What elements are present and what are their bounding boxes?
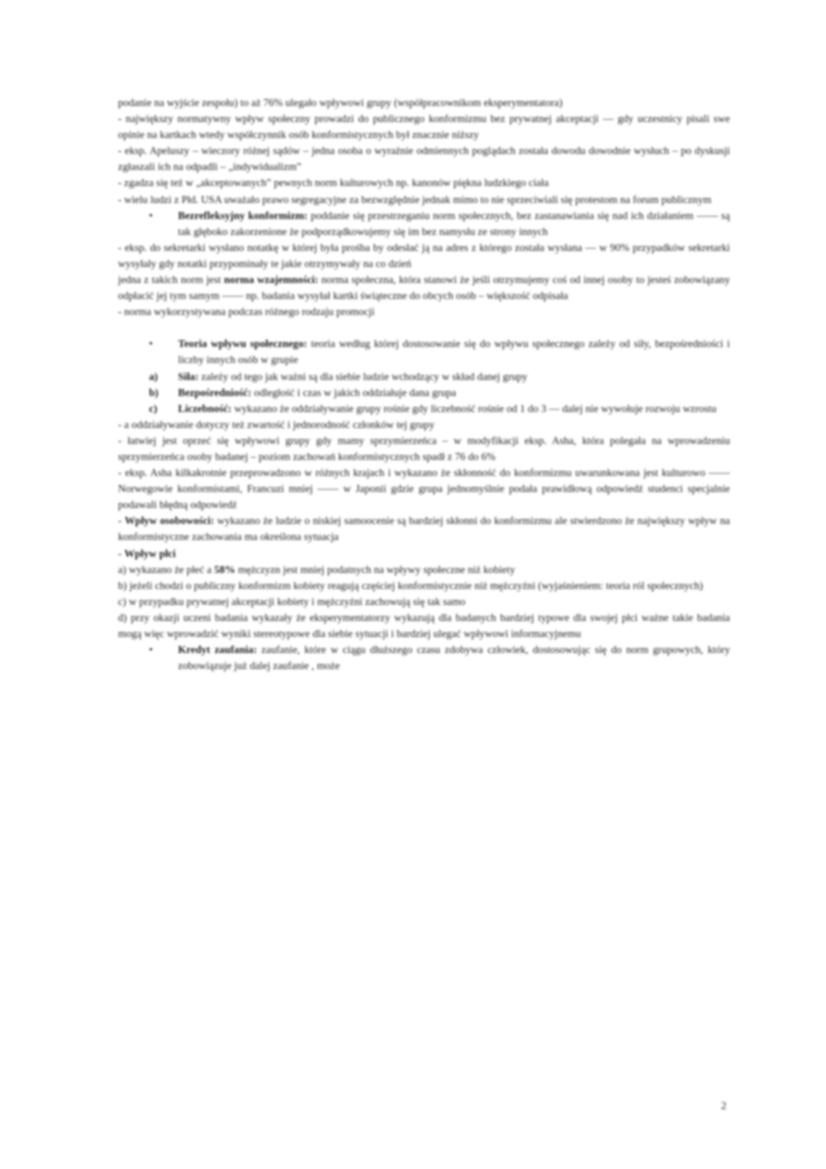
- paragraph: - a oddziaływanie dotyczy też zwartość i…: [118, 418, 730, 434]
- spacer: [118, 321, 730, 337]
- lettered-item: b)Bezpośredniość: odległość i czas w jak…: [118, 386, 730, 402]
- paragraph: - zgadza się też w „akceptowanych” pewny…: [118, 176, 730, 192]
- paragraph: d) przy okazji uczeni badania wykazały ż…: [118, 611, 730, 643]
- paragraph: c) w przypadku prywatnej akceptacji kobi…: [118, 595, 730, 611]
- bullet-item: •Kredyt zaufania: zaufanie, które w ciąg…: [118, 643, 730, 675]
- paragraph: - największy normatywny wpływ społeczny …: [118, 112, 730, 144]
- bullet-icon: •: [149, 337, 153, 353]
- paragraph: - Wpływ płci: [118, 547, 730, 563]
- list-marker: a): [149, 370, 158, 386]
- paragraph: - norma wykorzystywana podczas różnego r…: [118, 305, 730, 321]
- paragraph: - Wpływ osobowości: wykazano że ludzie o…: [118, 514, 730, 546]
- term-bold: 58%: [214, 565, 235, 576]
- term-bold: Wpływ płci: [124, 549, 176, 560]
- paragraph: - eksp. Asha kilkakrotnie przeprowadzono…: [118, 466, 730, 514]
- paragraph: jedna z takich norm jest norma wzajemnoś…: [118, 273, 730, 305]
- bullet-icon: •: [149, 209, 153, 225]
- bullet-item: •Bezrefleksyjny konformizm: poddanie się…: [118, 209, 730, 241]
- term-bold: Siła:: [178, 372, 199, 383]
- list-marker: b): [149, 386, 158, 402]
- paragraph: a) wykazano że płeć a 58% mężczyzn jest …: [118, 563, 730, 579]
- term-bold: Liczebność:: [178, 404, 232, 415]
- term-bold: Wpływ osobowości:: [125, 516, 215, 527]
- term-bold: Bezrefleksyjny konformizm:: [178, 211, 308, 222]
- term-bold: Bezpośredniość:: [178, 388, 251, 399]
- lettered-item: c)Liczebność: wykazano że oddziaływanie …: [118, 402, 730, 418]
- paragraph: - eksp. Apeluszy – wieczory różnej sądów…: [118, 144, 730, 176]
- paragraph: podanie na wyjście zespołu) to aż 76% ul…: [118, 96, 730, 112]
- paragraph: - łatwiej jest oprzeć się wpływowi grupy…: [118, 434, 730, 466]
- paragraph: - wielu ludzi z Płd. USA uważało prawo s…: [118, 193, 730, 209]
- paragraph: - eksp. do sekretarki wysłano notatkę w …: [118, 241, 730, 273]
- bullet-icon: •: [149, 643, 153, 659]
- lettered-item: a)Siła: zależy od tego jak ważni są dla …: [118, 370, 730, 386]
- paragraph: b) jeżeli chodzi o publiczny konformizm …: [118, 579, 730, 595]
- term-bold: norma wzajemności:: [224, 275, 318, 286]
- list-marker: c): [149, 402, 157, 418]
- term-bold: Kredyt zaufania:: [178, 645, 257, 656]
- page-number: 2: [721, 1100, 727, 1112]
- document-page: podanie na wyjście zespołu) to aż 76% ul…: [118, 96, 730, 675]
- bullet-item: •Teoria wpływu społecznego: teoria wedłu…: [118, 337, 730, 369]
- term-bold: Teoria wpływu społecznego:: [178, 339, 307, 350]
